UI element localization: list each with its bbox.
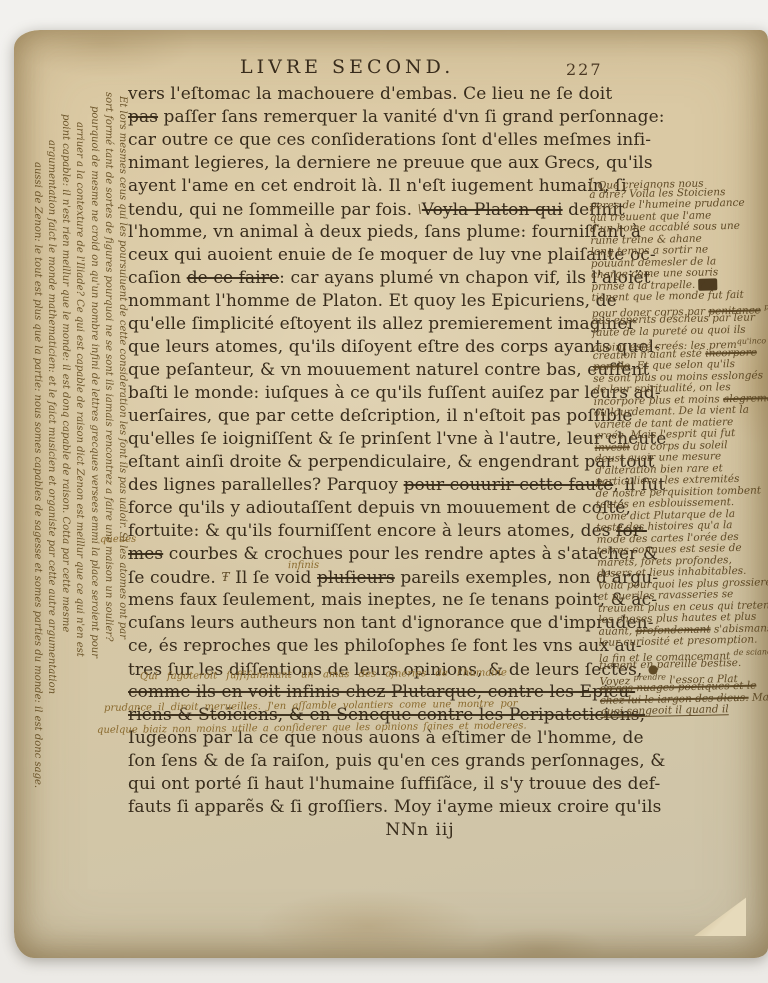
print-line: que peſanteur, & vn mouuement naturel co… — [128, 359, 628, 382]
text-segment: paſſer ſans remerquer la vanité d'vn ſi … — [158, 107, 665, 127]
text-segment: car outre ce que ces conſiderations ſont… — [128, 130, 651, 150]
text-segment: ceux qui auoient enuie de ſe moquer de l… — [128, 245, 656, 265]
dog-ear-fold — [692, 896, 746, 936]
text-segment: punission — [764, 301, 768, 311]
print-line: mens faux ſeulement, mais ineptes, ne ſe… — [128, 589, 628, 612]
print-line: eſtant ainſi droite & perpendiculaire, &… — [128, 451, 628, 474]
text-segment: Il ſe void — [230, 568, 317, 588]
text-segment: quoi songeoit il quand il — [600, 703, 729, 718]
text-segment: fortuite: & qu'ils fourniſſent encore à … — [128, 521, 616, 541]
text-segment: force qu'ils y adioutaſſent depuis vn mo… — [128, 498, 631, 518]
text-segment: que peſanteur, & vn mouuement naturel co… — [128, 360, 649, 380]
print-line: qui ont porté ſi haut l'humaine ſuffiſãc… — [128, 773, 628, 796]
text-segment: eſtant ainſi droite & perpendiculaire, &… — [128, 452, 655, 472]
print-line: baſti le monde: iuſques à ce qu'ils fuſſ… — [128, 382, 628, 405]
margin-annotations-right: [ Que creignons nousà dire? Voila les St… — [589, 174, 768, 719]
text-segment: Mais a — [748, 690, 768, 703]
interline-note-infinis: infinis — [288, 560, 319, 571]
text-segment: qui ont porté ſi haut l'humaine ſuffiſãc… — [128, 774, 660, 794]
print-line: que leurs atomes, qu'ils diſoyent eſtre … — [128, 336, 628, 359]
text-segment: qu'inco — [737, 336, 767, 346]
text-segment: que leurs atomes, qu'ils diſoyent eſtre … — [128, 337, 660, 357]
print-line: vers l'eſtomac la machouere d'embas. Ce … — [128, 83, 628, 106]
print-line: nimant legieres, la derniere ne preuue q… — [128, 152, 628, 175]
vertical-margin-line: sort formé tant de sortes de figures pou… — [101, 92, 115, 784]
text-segment: prendre — [633, 672, 666, 682]
print-line: uerſaires, que par cette deſcription, il… — [128, 405, 628, 428]
text-segment: ayent l'ame en cet endroit là. Il n'eſt … — [128, 176, 627, 196]
vertical-margin-line: Et lors mesmes ceus qui les poursuiuent … — [115, 92, 129, 784]
text-segment: ſe coudre. — [128, 568, 221, 588]
struck-text: de ce faire — [187, 268, 279, 288]
print-line: cuſans leurs autheurs non tant d'ignoran… — [128, 612, 628, 635]
text-segment: nimant legieres, la derniere ne preuue q… — [128, 153, 653, 173]
text-segment: ce, és reproches que les philoſophes ſe … — [128, 636, 642, 656]
text-segment: Au — [699, 278, 718, 290]
print-line: car outre ce que ces conſiderations ſont… — [128, 129, 628, 152]
print-line: caſion de ce faire: car ayans plumé vn c… — [128, 267, 628, 290]
print-line: ce, és reproches que les philoſophes ſe … — [128, 635, 628, 658]
signature-mark: NNn iij — [180, 820, 660, 840]
text-segment: nommant l'homme de Platon. Et quoy les E… — [128, 291, 617, 311]
vertical-margin-line: aussi de Zenon: le tout est plus que la … — [30, 92, 44, 784]
print-line: qu'elles ſe ioigniſſent & ſe prinſent l'… — [128, 428, 628, 451]
vertical-margin-line: argumentation faict le monde mathematici… — [44, 92, 58, 784]
margin-annotations-left: Et lors mesmes ceus qui les poursuiuent … — [27, 92, 129, 784]
text-segment: tendu, qui ne ſommeille par fois. — [128, 200, 418, 220]
text-segment: des lignes parallelles? Parquoy — [128, 475, 404, 495]
print-line: ayent l'ame en cet endroit là. Il n'eſt … — [128, 175, 628, 198]
text-segment: qu'elles ſe ioigniſſent & ſe prinſent l'… — [128, 429, 666, 449]
vertical-margin-line: arriuer a la contexture de l'Iliade? Ce … — [72, 92, 86, 784]
text-segment: ſon ſens & de ſa raiſon, puis qu'en ces … — [128, 751, 665, 771]
text-segment: l'homme, vn animal à deux pieds, ſans pl… — [128, 222, 641, 242]
struck-text: mes — [128, 544, 163, 564]
text-segment: mens faux ſeulement, mais ineptes, ne ſe… — [128, 590, 657, 610]
print-line: mes courbes & crochues pour les rendre a… — [128, 543, 628, 566]
print-line: nommant l'homme de Platon. Et quoy les E… — [128, 290, 628, 313]
text-segment: fauts ſi apparẽs & ſi groſſiers. Moy i'a… — [128, 797, 661, 817]
page-number: 227 — [566, 60, 603, 79]
text-segment: caſion — [128, 268, 187, 288]
text-segment: uerſaires, que par cette deſcription, il… — [128, 406, 633, 426]
text-segment: cuſans leurs autheurs non tant d'ignoran… — [128, 613, 654, 633]
text-segment: vers l'eſtomac la machouere d'embas. Ce … — [128, 84, 612, 104]
text-segment: qu'elle ſimplicité eſtoyent ils allez pr… — [128, 314, 636, 334]
book-page: LIVRE SECOND. 227 vers l'eſtomac la mach… — [14, 30, 768, 958]
scan-backdrop: LIVRE SECOND. 227 vers l'eſtomac la mach… — [0, 0, 768, 983]
text-segment: de sciance — [733, 647, 768, 657]
vertical-margin-line: pourquoi de mesme ne croid on qu'un nomb… — [86, 92, 100, 784]
struck-text: pluſieurs — [317, 568, 395, 588]
vertical-margin-line: point capable: il n'est rien meillur que… — [58, 92, 72, 784]
struck-text: pas — [128, 107, 158, 127]
print-line: l'homme, vn animal à deux pieds, ſans pl… — [128, 221, 628, 244]
margin-line: quoi songeoit il quand il — [600, 703, 768, 719]
struck-text: pour couurir cette faute — [404, 475, 614, 495]
page-title: LIVRE SECOND. — [240, 56, 454, 78]
print-line: ceux qui auoient enuie de ſe moquer de l… — [128, 244, 628, 267]
print-line: ſon ſens & de ſa raiſon, puis qu'en ces … — [128, 750, 628, 773]
text-segment: baſti le monde: iuſques à ce qu'ils fuſſ… — [128, 383, 661, 403]
print-line: tendu, qui ne ſommeille par fois. \Voyla… — [128, 198, 628, 221]
struck-text: alegremant — [723, 391, 768, 404]
print-line: pas paſſer ſans remerquer la vanité d'vn… — [128, 106, 628, 129]
print-line: ſe coudre. Ŧ Il ſe void pluſieurs pareil… — [128, 566, 628, 589]
print-line: qu'elle ſimplicité eſtoyent ils allez pr… — [128, 313, 628, 336]
print-line: force qu'ils y adioutaſſent depuis vn mo… — [128, 497, 628, 520]
insertion-mark: Ŧ — [221, 570, 229, 584]
text-segment: courbes & crochues pour les rendre aptes… — [163, 544, 658, 564]
struck-text: Voyla Platon qui — [422, 200, 563, 220]
print-line: des lignes parallelles? Parquoy pour cou… — [128, 474, 628, 497]
print-line: fauts ſi apparẽs & ſi groſſiers. Moy i'a… — [128, 796, 628, 819]
print-line: fortuite: & qu'ils fourniſſent encore à … — [128, 520, 628, 543]
